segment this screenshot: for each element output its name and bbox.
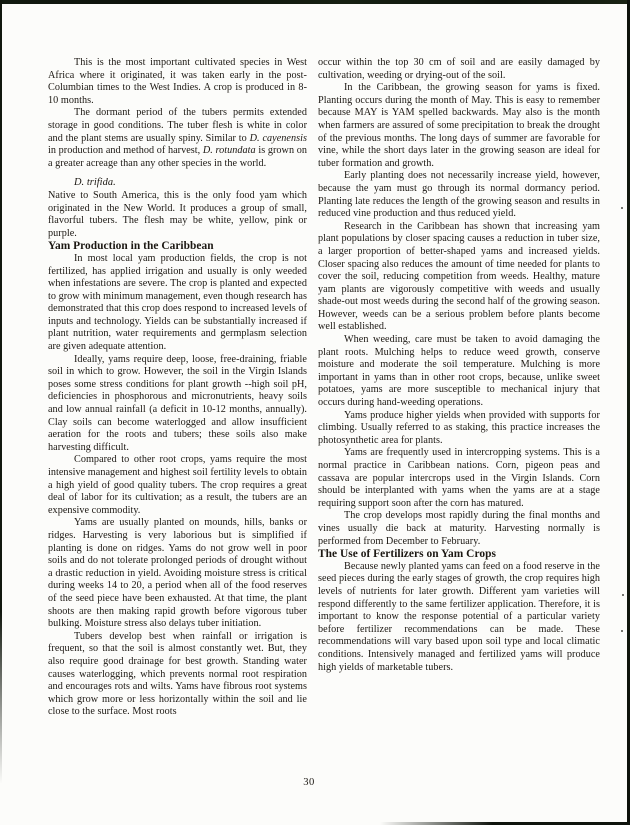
paragraph: Tubers develop best when rainfall or irr… [48, 631, 307, 719]
paragraph: Research in the Caribbean has shown that… [318, 221, 600, 334]
paragraph: Ideally, yams require deep, loose, free-… [48, 354, 307, 455]
scan-speck [621, 207, 623, 209]
paragraph-d-trifida: Native to South America, this is the onl… [48, 190, 307, 240]
paragraph: Yams produce higher yields when provided… [318, 410, 600, 448]
paragraph: In the Caribbean, the growing season for… [318, 82, 600, 170]
paragraph: Compared to other root crops, yams requi… [48, 454, 307, 517]
paragraph-dormant-period: The dormant period of the tubers permits… [48, 107, 307, 170]
scan-edge-top [0, 0, 630, 4]
page-number: 30 [0, 777, 618, 788]
paragraph: In most local yam production fields, the… [48, 253, 307, 354]
page-content: This is the most important cultivated sp… [48, 57, 600, 719]
scan-speck [622, 594, 624, 596]
paragraph-continuation: occur within the top 30 cm of soil and a… [318, 57, 600, 82]
section-heading-yam-production: Yam Production in the Caribbean [48, 240, 307, 253]
section-heading-fertilizers: The Use of Fertilizers on Yam Crops [318, 548, 600, 561]
paragraph: Yams are usually planted on mounds, hill… [48, 517, 307, 630]
paragraph: The crop develops most rapidly during th… [318, 510, 600, 548]
species-name-italic: D. cayenensis [250, 133, 307, 144]
scanned-document-page: This is the most important cultivated sp… [0, 0, 630, 825]
paragraph: Early planting does not necessarily incr… [318, 170, 600, 220]
paragraph: When weeding, care must be taken to avoi… [318, 334, 600, 410]
paragraph: Yams are frequently used in intercroppin… [318, 447, 600, 510]
left-column: This is the most important cultivated sp… [48, 57, 307, 719]
text-segment: in production and method of harvest, [48, 145, 203, 156]
species-name-italic: D. rotundata [203, 145, 256, 156]
paragraph: Because newly planted yams can feed on a… [318, 561, 600, 674]
species-heading-d-trifida: D. trifida. [48, 177, 307, 190]
scan-speck [621, 630, 623, 632]
paragraph-species-intro: This is the most important cultivated sp… [48, 57, 307, 107]
scan-edge-left [0, 0, 2, 784]
right-column: occur within the top 30 cm of soil and a… [318, 57, 600, 719]
